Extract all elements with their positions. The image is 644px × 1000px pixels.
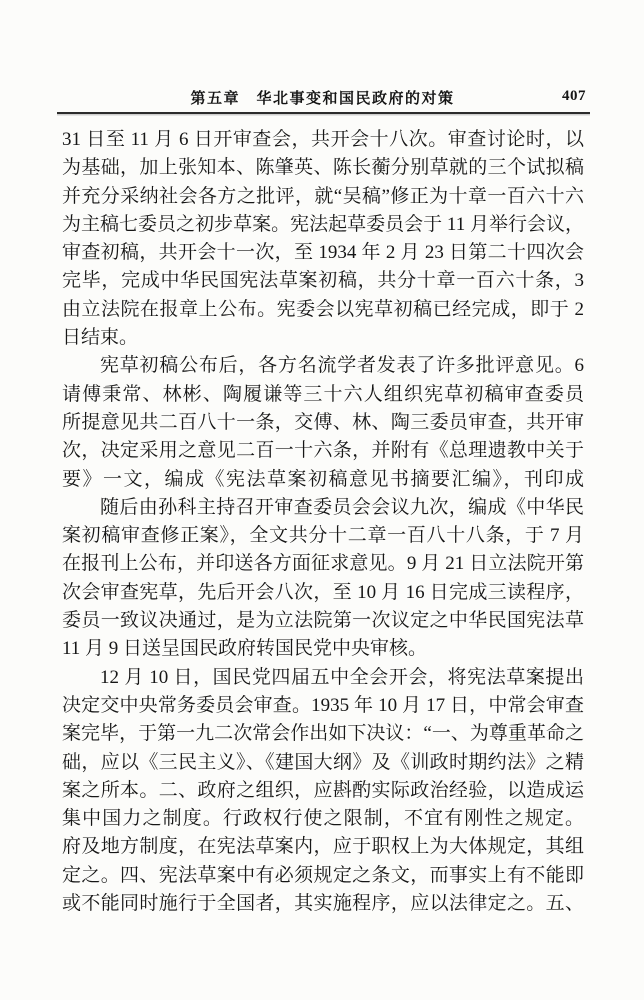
paragraph-1: 31 日至 11 月 6 日开审查会，共开会十八次。审查讨论时，以“吴稿” 为基… [62, 126, 584, 352]
text-line: 次会审查宪草，先后开会八次，至 10 月 16 日完成三读程序，当经出席 [62, 579, 584, 607]
text-line: 定之。四、宪法草案中有必须规定之条文，而事实上有不能即时施行， [62, 862, 584, 890]
text-line: 要》一文，编成《宪法草案初稿意见书摘要汇编》，刊印成册，以便参考。 [62, 466, 584, 494]
text-line: 委员一致议决通过，是为立法院第一次议定之中华民国宪法草案，于 [62, 607, 584, 635]
paragraph-4: 12 月 10 日，国民党四届五中全会开会，将宪法草案提出讨论，并 决定交中央常… [62, 664, 584, 919]
book-page: 第五章 华北事变和国民政府的对策 407 31 日至 11 月 6 日开审查会，… [0, 0, 644, 1000]
text-line: 所提意见共二百八十一条，交傅、林、陶三委员审查，共开审查会八十二 [62, 409, 584, 437]
text-line: 随后由孙科主持召开审查委员会会议九次，编成《中华民国宪法草 [62, 494, 584, 522]
page-body: 31 日至 11 月 6 日开审查会，共开会十八次。审查讨论时，以“吴稿” 为基… [62, 126, 584, 918]
header-rule [57, 112, 590, 114]
text-line: 完毕，完成中华民国宪法草案初稿，共分十章一百六十条，3 月 1 日 [62, 267, 584, 295]
chapter-title: 第五章 华北事变和国民政府的对策 [57, 87, 588, 108]
text-line: 在报刊上公布，并印送各方面征求意见。9 月 21 日立法院开第六十八 [62, 550, 584, 578]
text-line: 并充分采纳社会各方之批评，就“吴稿”修正为十章一百六十六条，是 [62, 183, 584, 211]
text-line: 案之所本。二、政府之组织，应斟酌实际政治经验，以造成运用灵敏，能 [62, 777, 584, 805]
paragraph-3: 随后由孙科主持召开审查委员会会议九次，编成《中华民国宪法草 案初稿审查修正案》，… [62, 494, 584, 664]
text-line: 31 日至 11 月 6 日开审查会，共开会十八次。审查讨论时，以“吴稿” [62, 126, 584, 154]
text-line: 日结束。 [62, 324, 584, 352]
text-line: 府及地方制度，在宪法草案内，应于职权上为大体规定，其组织以法律 [62, 833, 584, 861]
paragraph-2: 宪草初稿公布后，各方名流学者发表了许多批评意见。6 月，孙科 请傅秉常、林彬、陶… [62, 352, 584, 493]
text-line: 决定交中央常务委员会审查。1935 年 10 月 17 日，中常会审查宪法草 [62, 692, 584, 720]
text-line: 案完毕，于第一九二次常会作出如下决议：“一、为尊重革命之历史基 [62, 720, 584, 748]
text-line: 11 月 9 日送呈国民政府转国民党中央审核。 [62, 635, 584, 663]
text-line: 宪草初稿公布后，各方名流学者发表了许多批评意见。6 月，孙科 [62, 352, 584, 380]
text-line: 审查初稿，共开会十一次，至 1934 年 2 月 23 日第二十四次会议讨论 [62, 239, 584, 267]
text-line: 次，决定采用之意见二百一十六条，并附有《总理遗教中关于宪法问题摘 [62, 437, 584, 465]
page-number: 407 [562, 88, 586, 105]
text-line: 集中国力之制度。行政权行使之限制，不宜有刚性之规定。三、中央政 [62, 805, 584, 833]
text-line: 为主稿七委员之初步草案。宪法起草委员会于 11 月举行会议，逐条 [62, 211, 584, 239]
text-line: 或不能同时施行于全国者，其实施程序，应以法律定之。五、宪法条款， [62, 890, 584, 918]
text-line: 础，应以《三民主义》、《建国大纲》及《训政时期约法》之精神，为宪法草 [62, 749, 584, 777]
text-line: 为基础，加上张知本、陈肇英、陈长蘅分别草就的三个试拟稿作参考， [62, 154, 584, 182]
text-line: 案初稿审查修正案》，全文共分十二章一百八十八条，于 7 月由立法院 [62, 522, 584, 550]
text-line: 12 月 10 日，国民党四届五中全会开会，将宪法草案提出讨论，并 [62, 664, 584, 692]
text-line: 由立法院在报章上公布。宪委会以宪草初稿已经完成，即于 2 月 28 [62, 296, 584, 324]
text-line: 请傅秉常、林彬、陶履谦等三十六人组织宪草初稿审查委员会，审查各方 [62, 381, 584, 409]
page-header: 第五章 华北事变和国民政府的对策 407 [57, 87, 588, 109]
